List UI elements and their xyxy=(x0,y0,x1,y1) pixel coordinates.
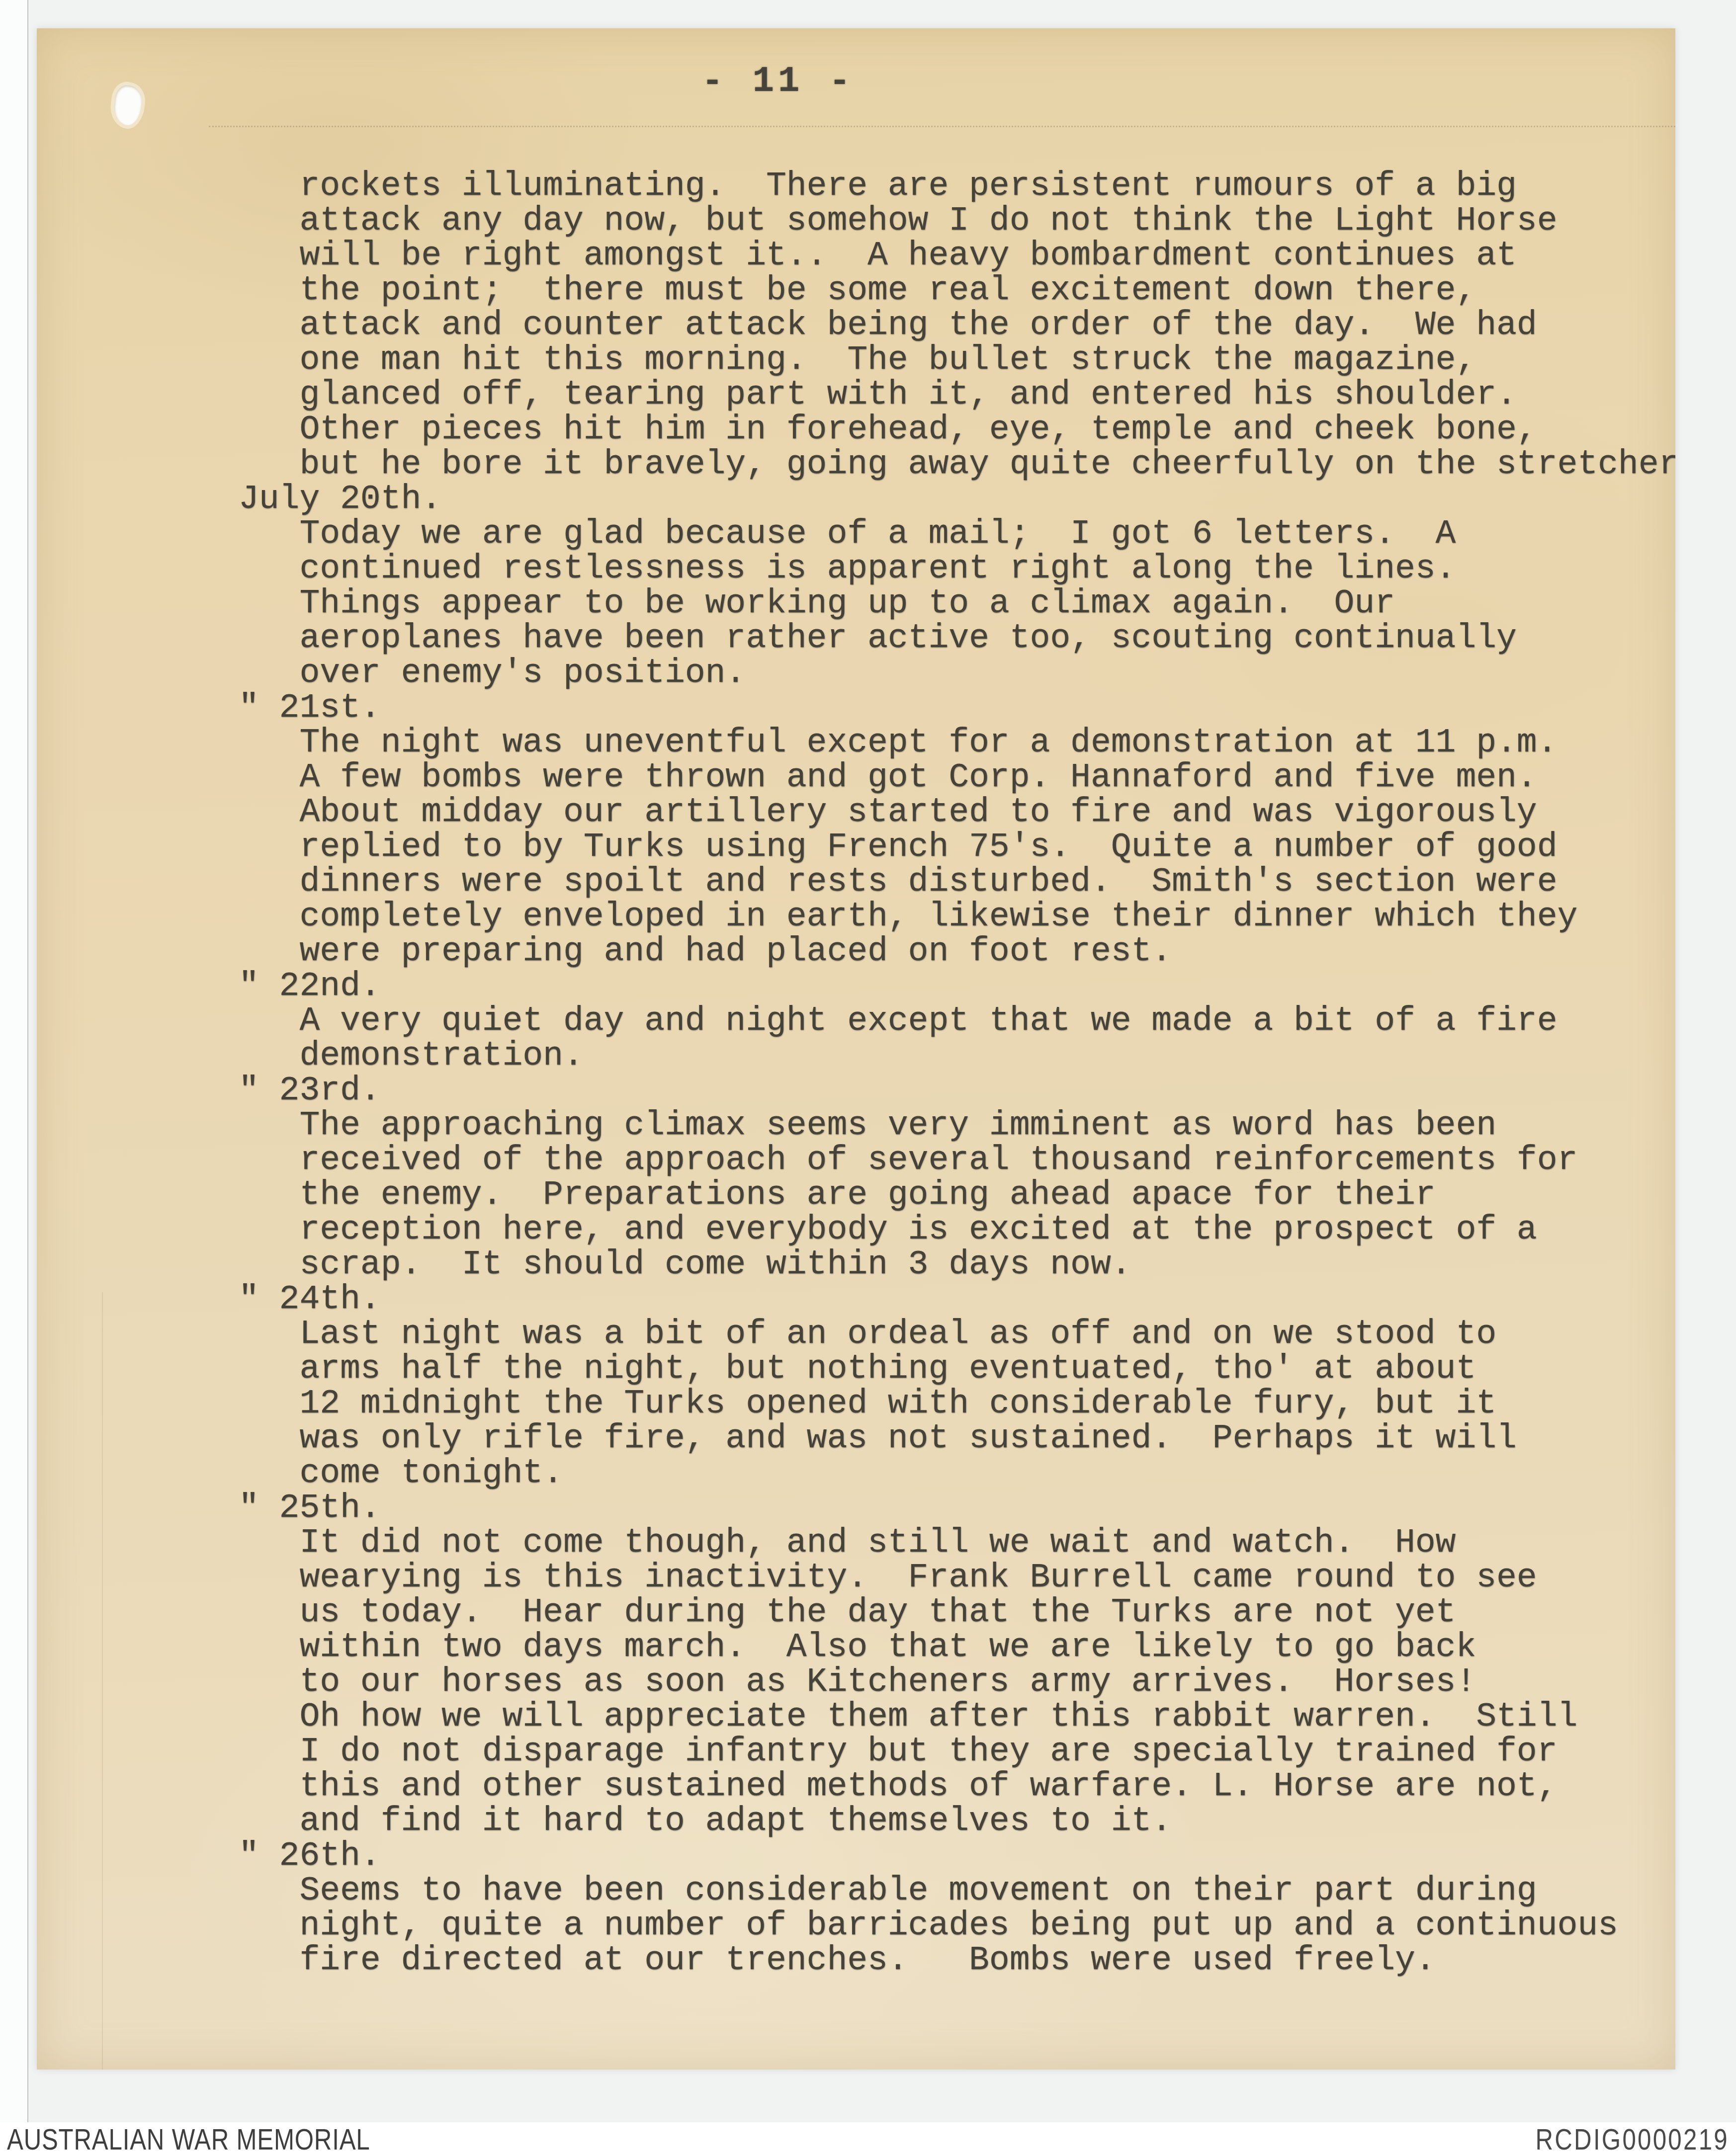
archive-footer-bar: AUSTRALIAN WAR MEMORIAL RCDIG0000219 xyxy=(0,2122,1736,2156)
scanner-edge-strip xyxy=(0,0,27,2122)
archive-name-label: AUSTRALIAN WAR MEMORIAL xyxy=(7,2122,370,2156)
paper-crease xyxy=(102,1292,103,2070)
diary-page: - 11 - rockets illuminating. There are p… xyxy=(37,28,1675,2070)
faded-typed-rule xyxy=(209,126,1675,127)
diary-body-text: rockets illuminating. There are persiste… xyxy=(239,169,1675,1978)
scanned-document-view: - 11 - rockets illuminating. There are p… xyxy=(0,0,1736,2156)
archive-item-id: RCDIG0000219 xyxy=(1536,2122,1729,2156)
scanner-edge-seam xyxy=(27,0,28,2122)
punch-hole xyxy=(112,84,143,126)
page-number: - 11 - xyxy=(701,61,854,102)
